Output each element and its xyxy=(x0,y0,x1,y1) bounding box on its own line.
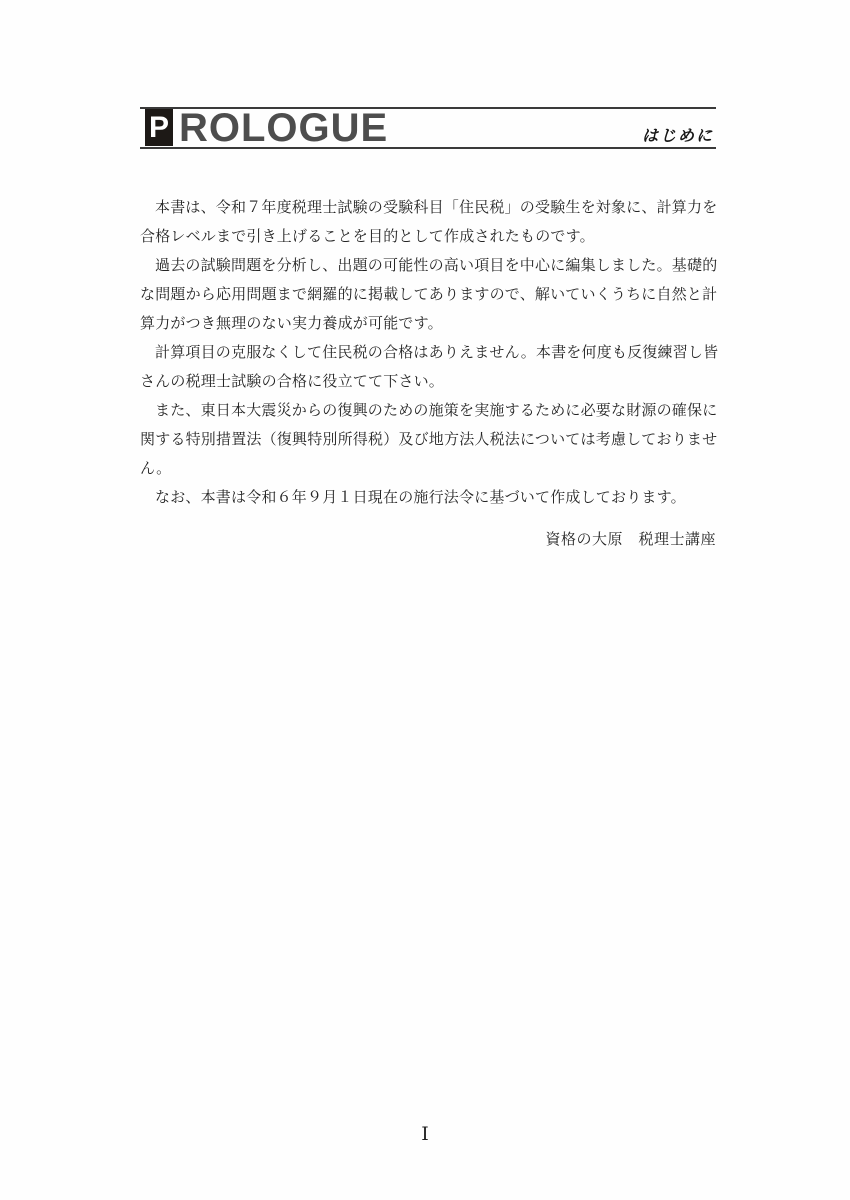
body-text-line: また、東日本大震災からの復興のための施策を実施するために必要な財源の確保に xyxy=(140,396,716,425)
body-text-line: 合格レベルまで引き上げることを目的として作成されたものです。 xyxy=(140,222,716,251)
body-text-line: なお、本書は令和６年９月１日現在の施行法令に基づいて作成しております。 xyxy=(140,483,716,512)
prologue-wordmark: ROLOGUE xyxy=(179,108,388,148)
section-label-japanese: はじめに xyxy=(642,129,714,145)
author-signature: 資格の大原 税理士講座 xyxy=(140,525,716,554)
page-footer: I xyxy=(0,1123,850,1146)
body-text-line: 関する特別措置法（復興特別所得税）及び地方法人税法については考慮しておりませ xyxy=(140,425,716,454)
document-page: P ROLOGUE はじめに 本書は、令和７年度税理士試験の受験科目「住民税」の… xyxy=(0,0,850,1200)
body-text-line: 算力がつき無理のない実力養成が可能です。 xyxy=(140,309,716,338)
prologue-header: P ROLOGUE はじめに xyxy=(140,107,716,149)
body-text-line: 本書は、令和７年度税理士試験の受験科目「住民税」の受験生を対象に、計算力を xyxy=(140,193,716,222)
body-text-line: 計算項目の克服なくして住民税の合格はありえません。本書を何度も反復練習し皆 xyxy=(140,338,716,367)
prologue-logo-block: P xyxy=(145,109,173,146)
paragraph-5: なお、本書は令和６年９月１日現在の施行法令に基づいて作成しております。 xyxy=(140,483,716,512)
body-text-line: ん。 xyxy=(140,454,716,483)
paragraph-4: また、東日本大震災からの復興のための施策を実施するために必要な財源の確保に 関す… xyxy=(140,396,716,483)
paragraph-1: 本書は、令和７年度税理士試験の受験科目「住民税」の受験生を対象に、計算力を 合格… xyxy=(140,193,716,251)
body-text-line: さんの税理士試験の合格に役立てて下さい。 xyxy=(140,367,716,396)
header-bottom-rule xyxy=(140,147,716,149)
body-text-line: な問題から応用問題まで網羅的に掲載してありますので、解いていくうちに自然と計 xyxy=(140,280,716,309)
page-number: I xyxy=(421,1123,429,1145)
paragraph-2: 過去の試験問題を分析し、出題の可能性の高い項目を中心に編集しました。基礎的 な問… xyxy=(140,251,716,338)
page-body: 本書は、令和７年度税理士試験の受験科目「住民税」の受験生を対象に、計算力を 合格… xyxy=(140,193,716,512)
body-text-line: 過去の試験問題を分析し、出題の可能性の高い項目を中心に編集しました。基礎的 xyxy=(140,251,716,280)
paragraph-3: 計算項目の克服なくして住民税の合格はありえません。本書を何度も反復練習し皆 さん… xyxy=(140,338,716,396)
